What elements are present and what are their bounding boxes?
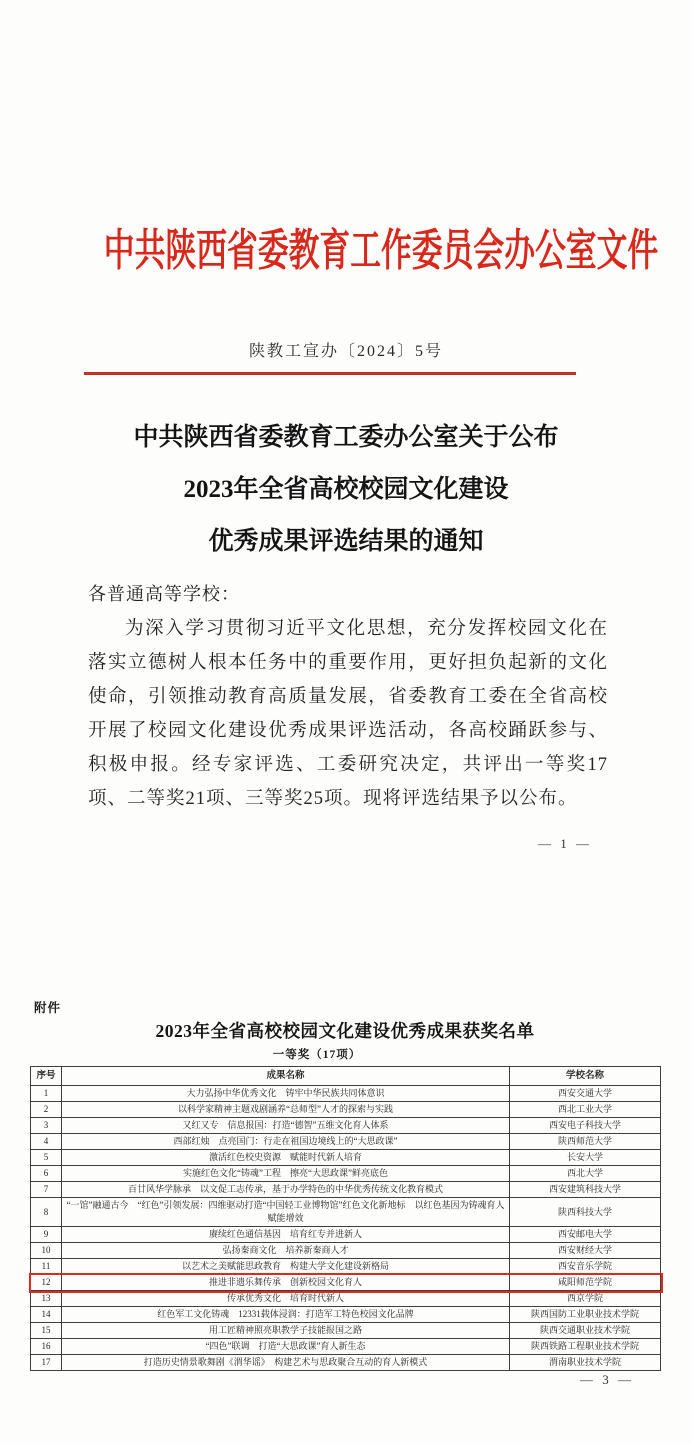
row-achievement-name: “一馆”融通古今 “红色”引领发展：四维驱动打造“中国轻工业博物馆”红色文化新地… (62, 1198, 510, 1227)
page-number-3: — 3 — (0, 1372, 692, 1388)
table-row: 6实施红色文化“铸魂”工程 擦亮“大思政课”鲜亮底色西北大学 (31, 1166, 661, 1182)
row-achievement-name: 西部红烛 点亮国门：行走在祖国边境线上的“大思政课” (62, 1134, 510, 1150)
salutation: 各普通高等学校： (88, 580, 240, 606)
row-school-name: 陕西师范大学 (510, 1134, 661, 1150)
table-row: 13传承优秀文化 培育时代新人西京学院 (31, 1291, 661, 1307)
row-school-name: 陕西交通职业技术学院 (510, 1323, 661, 1339)
table-header-row: 序号 成果名称 学校名称 (31, 1067, 661, 1086)
table-row: 9赓续红色通信基因 培育红专并进新人西安邮电大学 (31, 1227, 661, 1243)
row-serial-number: 8 (31, 1198, 62, 1227)
first-prize-section-label: 一等奖（17项） (2, 1046, 632, 1062)
notice-title-line-1: 中共陕西省委教育工委办公室关于公布 (46, 412, 646, 464)
row-school-name: 西安交通大学 (510, 1086, 661, 1102)
notice-title-line-3: 优秀成果评选结果的通知 (46, 516, 646, 568)
row-school-name: 陕西铁路工程职业技术学院 (510, 1339, 661, 1355)
row-achievement-name: 又红又专 信息报国：打造“德智”五维文化育人体系 (62, 1118, 510, 1134)
row-school-name: 西安财经大学 (510, 1243, 661, 1259)
row-achievement-name: 实施红色文化“铸魂”工程 擦亮“大思政课”鲜亮底色 (62, 1166, 510, 1182)
row-serial-number: 4 (31, 1134, 62, 1150)
row-achievement-name: 弘扬秦商文化 培养新秦商人才 (62, 1243, 510, 1259)
table-row: 7百廿风华学脉承 以文促工志传承，基于办学特色的中华优秀传统文化教育模式西安建筑… (31, 1182, 661, 1198)
header-achievement-name: 成果名称 (62, 1067, 510, 1086)
row-achievement-name: 用工匠精神照亮职教学子技能报国之路 (62, 1323, 510, 1339)
row-school-name: 西北大学 (510, 1166, 661, 1182)
row-school-name: 陕西国防工业职业技术学院 (510, 1307, 661, 1323)
notice-title-line-2: 2023年全省高校校园文化建设 (46, 464, 646, 516)
table-row: 16“四色”联调 打造“大思政课”育人新生态陕西铁路工程职业技术学院 (31, 1339, 661, 1355)
table-row-highlighted: 12推进非遗乐舞传承 创新校园文化育人咸阳师范学院 (31, 1275, 661, 1291)
row-school-name: 西安邮电大学 (510, 1227, 661, 1243)
row-achievement-name: 赓续红色通信基因 培育红专并进新人 (62, 1227, 510, 1243)
row-achievement-name: 以艺术之美赋能思政教育 构建大学文化建设新格局 (62, 1259, 510, 1275)
row-serial-number: 5 (31, 1150, 62, 1166)
table-row: 5激活红色校史资源 赋能时代新人培育长安大学 (31, 1150, 661, 1166)
row-school-name: 陕西科技大学 (510, 1198, 661, 1227)
row-serial-number: 9 (31, 1227, 62, 1243)
row-achievement-name: 百廿风华学脉承 以文促工志传承，基于办学特色的中华优秀传统文化教育模式 (62, 1182, 510, 1198)
page-number-1: — 1 — (0, 836, 692, 852)
table-row: 4西部红烛 点亮国门：行走在祖国边境线上的“大思政课”陕西师范大学 (31, 1134, 661, 1150)
row-school-name: 西安电子科技大学 (510, 1118, 661, 1134)
document-header-banner: 中共陕西省委教育工作委员会办公室文件 (104, 214, 588, 278)
awards-table-container: 序号 成果名称 学校名称 1大力弘扬中华优秀文化 铸牢中华民族共同体意识西安交通… (30, 1066, 660, 1371)
row-serial-number: 14 (31, 1307, 62, 1323)
award-list-title: 2023年全省高校校园文化建设优秀成果获奖名单 (30, 1018, 660, 1043)
row-serial-number: 2 (31, 1102, 62, 1118)
row-achievement-name: “四色”联调 打造“大思政课”育人新生态 (62, 1339, 510, 1355)
row-serial-number: 13 (31, 1291, 62, 1307)
row-achievement-name: 推进非遗乐舞传承 创新校园文化育人 (62, 1275, 510, 1291)
row-serial-number: 15 (31, 1323, 62, 1339)
table-row: 11以艺术之美赋能思政教育 构建大学文化建设新格局西安音乐学院 (31, 1259, 661, 1275)
notice-title: 中共陕西省委教育工委办公室关于公布 2023年全省高校校园文化建设 优秀成果评选… (46, 412, 646, 568)
table-row: 3又红又专 信息报国：打造“德智”五维文化育人体系西安电子科技大学 (31, 1118, 661, 1134)
row-serial-number: 16 (31, 1339, 62, 1355)
row-school-name: 长安大学 (510, 1150, 661, 1166)
row-serial-number: 6 (31, 1166, 62, 1182)
row-serial-number: 17 (31, 1355, 62, 1371)
document-number: 陕教工宣办〔2024〕5号 (0, 338, 692, 361)
notice-body-paragraph: 为深入学习贯彻习近平文化思想，充分发挥校园文化在落实立德树人根本任务中的重要作用… (88, 612, 608, 816)
row-school-name: 西北工业大学 (510, 1102, 661, 1118)
row-achievement-name: 以科学家精神主题戏剧涵养“总师型”人才的探索与实践 (62, 1102, 510, 1118)
row-achievement-name: 红色军工文化铸魂 12331载体浸润：打造军工特色校园文化品牌 (62, 1307, 510, 1323)
table-row: 14红色军工文化铸魂 12331载体浸润：打造军工特色校园文化品牌陕西国防工业职… (31, 1307, 661, 1323)
table-row: 15用工匠精神照亮职教学子技能报国之路陕西交通职业技术学院 (31, 1323, 661, 1339)
awards-table: 序号 成果名称 学校名称 1大力弘扬中华优秀文化 铸牢中华民族共同体意识西安交通… (30, 1066, 661, 1371)
row-school-name: 西安建筑科技大学 (510, 1182, 661, 1198)
row-achievement-name: 大力弘扬中华优秀文化 铸牢中华民族共同体意识 (62, 1086, 510, 1102)
header-school-name: 学校名称 (510, 1067, 661, 1086)
row-achievement-name: 打造历史情景歌舞剧《渭华谣》 构建艺术与思政聚合互动的育人新模式 (62, 1355, 510, 1371)
awards-table-body: 1大力弘扬中华优秀文化 铸牢中华民族共同体意识西安交通大学2以科学家精神主题戏剧… (31, 1086, 661, 1371)
row-achievement-name: 传承优秀文化 培育时代新人 (62, 1291, 510, 1307)
row-school-name: 西安音乐学院 (510, 1259, 661, 1275)
row-serial-number: 12 (31, 1275, 62, 1291)
row-school-name: 渭南职业技术学院 (510, 1355, 661, 1371)
table-row: 1大力弘扬中华优秀文化 铸牢中华民族共同体意识西安交通大学 (31, 1086, 661, 1102)
row-school-name: 西京学院 (510, 1291, 661, 1307)
table-row: 17打造历史情景歌舞剧《渭华谣》 构建艺术与思政聚合互动的育人新模式渭南职业技术… (31, 1355, 661, 1371)
red-divider-line (84, 372, 576, 375)
attachment-label: 附件 (34, 998, 61, 1016)
row-achievement-name: 激活红色校史资源 赋能时代新人培育 (62, 1150, 510, 1166)
row-serial-number: 1 (31, 1086, 62, 1102)
row-serial-number: 7 (31, 1182, 62, 1198)
row-school-name: 咸阳师范学院 (510, 1275, 661, 1291)
table-row: 2以科学家精神主题戏剧涵养“总师型”人才的探索与实践西北工业大学 (31, 1102, 661, 1118)
header-serial-number: 序号 (31, 1067, 62, 1086)
table-row: 10弘扬秦商文化 培养新秦商人才西安财经大学 (31, 1243, 661, 1259)
row-serial-number: 3 (31, 1118, 62, 1134)
row-serial-number: 10 (31, 1243, 62, 1259)
table-row: 8“一馆”融通古今 “红色”引领发展：四维驱动打造“中国轻工业博物馆”红色文化新… (31, 1198, 661, 1227)
row-serial-number: 11 (31, 1259, 62, 1275)
